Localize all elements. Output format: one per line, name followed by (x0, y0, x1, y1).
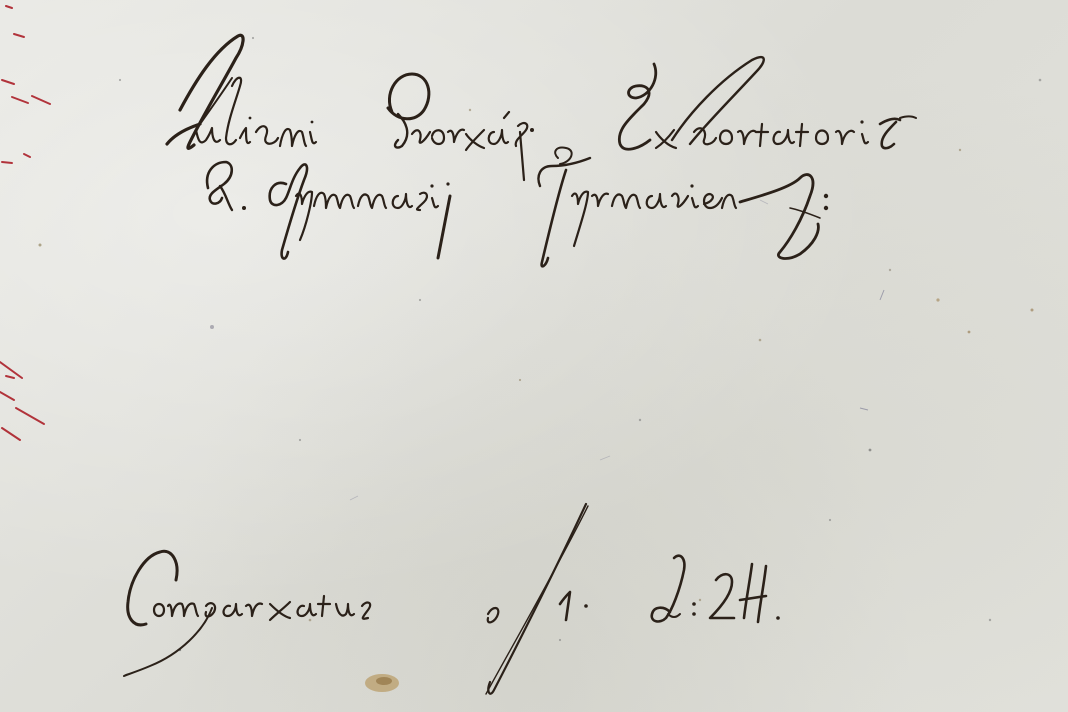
paper-texture (0, 0, 1068, 712)
manuscript-page: Juliani Dvorák Exhortatoris R. Gymnasij … (0, 0, 1068, 712)
handwriting-ink (0, 0, 1068, 712)
red-margin-marks (0, 0, 1068, 712)
inscription-line-1-strokes (167, 35, 916, 180)
inscription-line-3-strokes (124, 504, 780, 694)
inscription-line-2-strokes (207, 148, 828, 267)
